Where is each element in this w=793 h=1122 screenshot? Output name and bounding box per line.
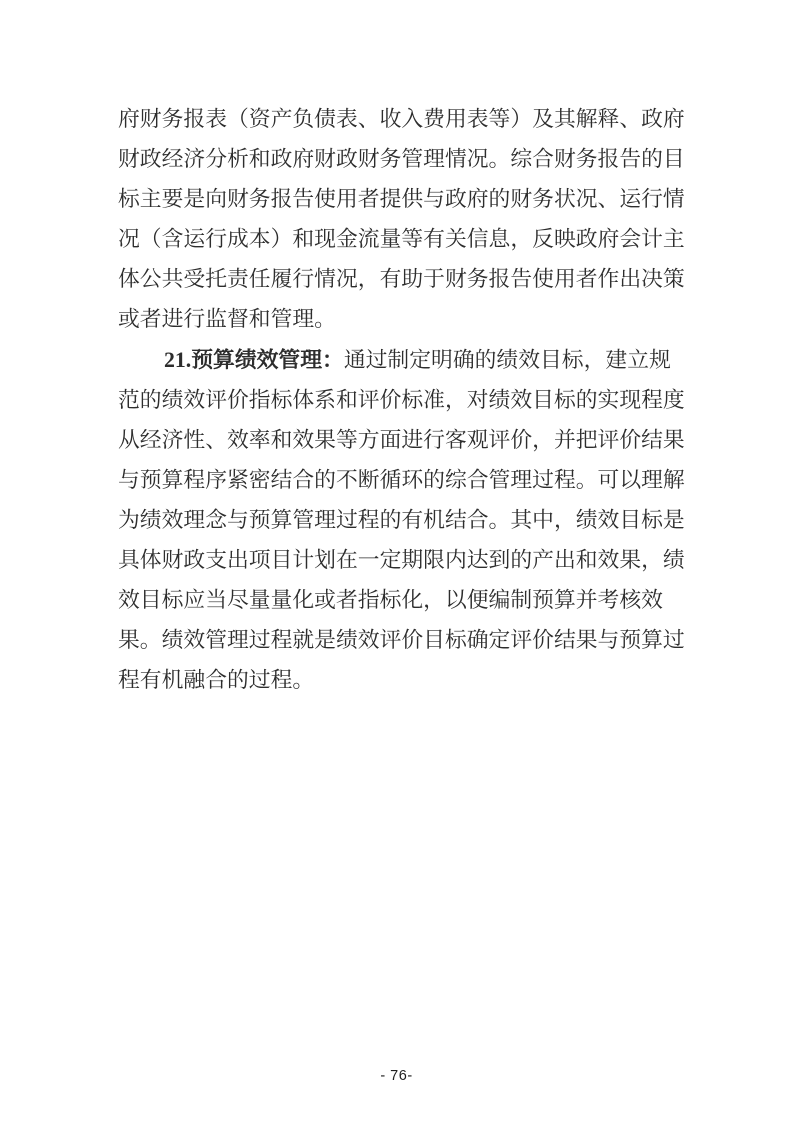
text-line: 或者进行监督和管理。 [118, 299, 690, 339]
text-line: 21.预算绩效管理：通过制定明确的绩效目标，建立规 [118, 340, 690, 380]
text-line: 体公共受托责任履行情况，有助于财务报告使用者作出决策 [118, 259, 690, 299]
text-line: 府财务报表（资产负债表、收入费用表等）及其解释、政府 [118, 99, 690, 139]
page-number: - 76- [0, 1068, 793, 1084]
body-text: 府财务报表（资产负债表、收入费用表等）及其解释、政府 财政经济分析和政府财政财务… [118, 99, 690, 700]
paragraph-government-financial-report: 府财务报表（资产负债表、收入费用表等）及其解释、政府 财政经济分析和政府财政财务… [118, 99, 690, 340]
paragraph-budget-performance-management: 21.预算绩效管理：通过制定明确的绩效目标，建立规 范的绩效评价指标体系和评价标… [118, 340, 690, 701]
text-line: 况（含运行成本）和现金流量等有关信息，反映政府会计主 [118, 219, 690, 259]
text-line: 程有机融合的过程。 [118, 660, 690, 700]
text-line: 财政经济分析和政府财政财务管理情况。综合财务报告的目 [118, 139, 690, 179]
text-line: 范的绩效评价指标体系和评价标准，对绩效目标的实现程度 [118, 380, 690, 420]
term-definition-start: 通过制定明确的绩效目标，建立规 [344, 348, 671, 372]
text-line: 与预算程序紧密结合的不断循环的综合管理过程。可以理解 [118, 460, 690, 500]
text-line: 标主要是向财务报告使用者提供与政府的财务状况、运行情 [118, 179, 690, 219]
document-page: 府财务报表（资产负债表、收入费用表等）及其解释、政府 财政经济分析和政府财政财务… [0, 0, 793, 1122]
text-line: 具体财政支出项目计划在一定期限内达到的产出和效果，绩 [118, 540, 690, 580]
text-line: 果。绩效管理过程就是绩效评价目标确定评价结果与预算过 [118, 620, 690, 660]
text-line: 效目标应当尽量量化或者指标化，以便编制预算并考核效 [118, 580, 690, 620]
text-line: 从经济性、效率和效果等方面进行客观评价，并把评价结果 [118, 420, 690, 460]
text-line: 为绩效理念与预算管理过程的有机结合。其中，绩效目标是 [118, 500, 690, 540]
term-label-bold: 21.预算绩效管理： [164, 348, 344, 372]
